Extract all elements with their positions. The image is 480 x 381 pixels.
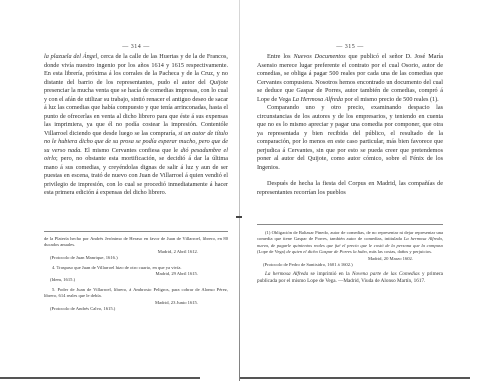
text-run: Después de hecha la fiesta del Corpus en… bbox=[257, 180, 443, 196]
gutter-mark bbox=[236, 216, 242, 218]
left-page: — 314 — la plazuela del Ángel, cerca de … bbox=[44, 0, 228, 381]
paragraph: Comparando uno y otro precio, examinando… bbox=[257, 104, 443, 172]
book-gutter bbox=[239, 0, 240, 381]
text-run: Comparando uno y otro precio, examinando… bbox=[257, 104, 443, 171]
body-text: la plazuela del Ángel, cerca de la calle… bbox=[44, 53, 228, 198]
footnotes: (1) Obligación de Baltasar Pinedo, autor… bbox=[257, 230, 443, 285]
italic-text: La hermosa Alfreda bbox=[265, 271, 308, 277]
book-spread: — 314 — la plazuela del Ángel, cerca de … bbox=[0, 0, 480, 381]
page-number: — 314 — bbox=[44, 44, 228, 50]
paragraph: Después de hecha la fiesta del Corpus en… bbox=[257, 180, 443, 197]
page-number: — 315 — bbox=[257, 44, 443, 50]
footnote-extra: La hermosa Alfreda se imprimió en la Nov… bbox=[257, 271, 443, 285]
footnote-source: (Idem, 1615.) bbox=[44, 277, 228, 283]
footnote-source: (Protocolo de Juan Manrique, 1616.) bbox=[44, 255, 228, 261]
footnote-5: 5. Poder de Juan de Villarroel, librero,… bbox=[44, 287, 228, 300]
text-run: , más las costas, daños y perjuicios. bbox=[367, 249, 432, 254]
footnote-1: (1) Obligación de Baltasar Pinedo, autor… bbox=[257, 230, 443, 256]
text-run: (Lope de Vega) bbox=[257, 249, 286, 254]
footnote-rule bbox=[257, 224, 443, 225]
text-run: por el mismo precio de 500 reales (1). bbox=[343, 96, 439, 103]
italic-text: Quijote bbox=[209, 79, 228, 86]
body-text: Entre los Nuevos Documentos que publicó … bbox=[257, 53, 443, 197]
right-page: — 315 — Entre los Nuevos Documentos que … bbox=[257, 0, 443, 381]
footnote-source: (Protocolo de Andrés Calvo, 1615.) bbox=[44, 306, 228, 312]
footnote-source: (Protocolo de Pedro de Santisidro, 1601 … bbox=[257, 262, 443, 268]
italic-text: la plazuela del Ángel bbox=[44, 53, 97, 60]
paragraph: la plazuela del Ángel, cerca de la calle… bbox=[44, 53, 228, 198]
footnote-rule bbox=[44, 231, 228, 232]
paragraph: Entre los Nuevos Documentos que publicó … bbox=[257, 53, 443, 104]
footnote-continuation: de la Platería hecho por Andrés Jerónimo… bbox=[44, 236, 228, 249]
text-run: El mismo Cervantes confiesa que le bbox=[82, 147, 181, 154]
italic-text: La Hermosa Alfreda bbox=[292, 96, 343, 103]
text-run: Entre los bbox=[267, 53, 294, 60]
text-run: ; pero, no obstante esta mortificación, … bbox=[44, 155, 228, 196]
italic-text: Nuevos Documentos bbox=[294, 53, 346, 60]
text-run: se imprimió en la bbox=[308, 271, 352, 277]
footnotes: de la Platería hecho por Andrés Jerónimo… bbox=[44, 236, 228, 312]
footnote-number: (1) bbox=[265, 230, 272, 235]
italic-text: de quien el dicho Gaspar de Porres la hu… bbox=[286, 249, 366, 254]
italic-text: Novena parte de las Comedias bbox=[352, 271, 420, 277]
